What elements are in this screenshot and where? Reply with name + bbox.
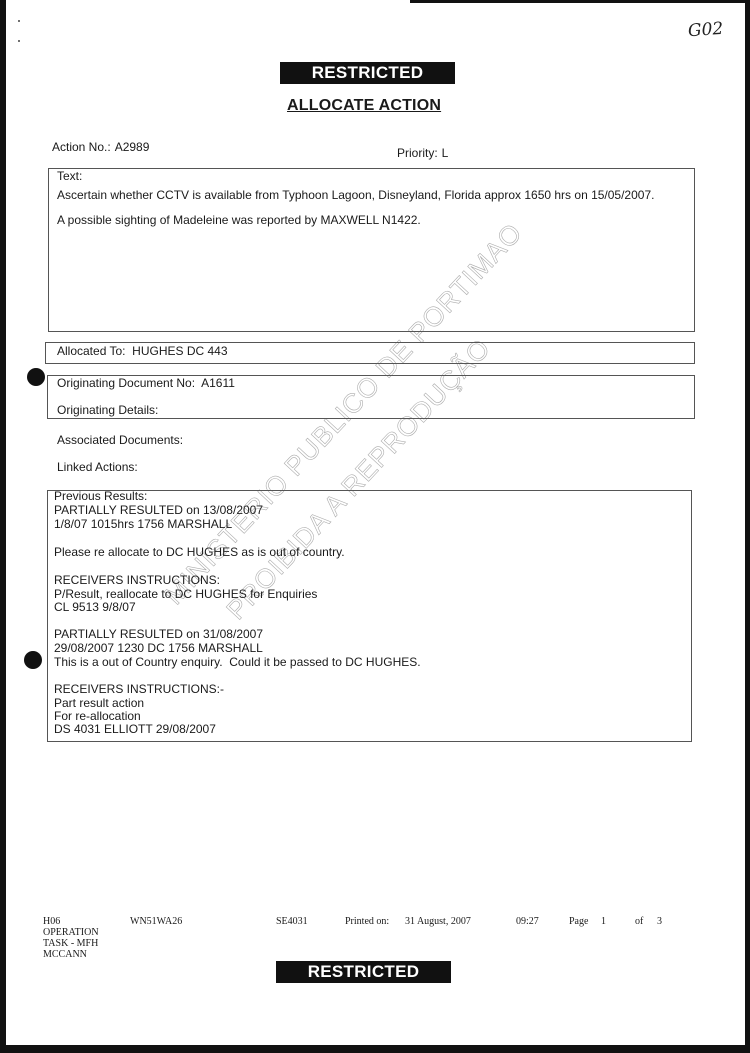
footer-printed-time: 09:27 xyxy=(516,916,539,927)
footer-printed-date: 31 August, 2007 xyxy=(405,916,471,927)
allocated-to-value: HUGHES DC 443 xyxy=(132,344,227,358)
scan-edge-top xyxy=(410,0,750,3)
originating-details-label: Originating Details: xyxy=(57,403,158,417)
handwritten-reference: G02 xyxy=(687,19,724,41)
footer-page-number: 1 xyxy=(601,916,606,927)
result-status: PARTIALLY RESULTED on 13/08/2007 xyxy=(54,503,263,517)
action-number-field: Action No.:A2989 xyxy=(52,140,149,154)
page-title: ALLOCATE ACTION xyxy=(287,97,441,115)
footer-operation-line: MCCANN xyxy=(43,949,87,960)
receivers-instruction-line: DS 4031 ELLIOTT 29/08/2007 xyxy=(54,722,216,736)
footer-operation-line: OPERATION xyxy=(43,927,99,938)
receivers-instruction-line: CL 9513 9/8/07 xyxy=(54,600,136,614)
footer-operation-line: TASK - MFH xyxy=(43,938,98,949)
result-note: Please re allocate to DC HUGHES as is ou… xyxy=(54,545,345,559)
originating-doc-label: Originating Document No: xyxy=(57,376,195,390)
footer-page-label: Page xyxy=(569,916,588,927)
action-text-line: A possible sighting of Madeleine was rep… xyxy=(57,213,421,227)
linked-actions-label: Linked Actions: xyxy=(57,460,138,474)
result-byline: 29/08/2007 1230 DC 1756 MARSHALL xyxy=(54,641,263,655)
receivers-instruction-line: Part result action xyxy=(54,696,144,710)
action-text-line: Ascertain whether CCTV is available from… xyxy=(57,188,654,202)
punch-hole-marker xyxy=(27,368,45,386)
footer-terminal: WN51WA26 xyxy=(130,916,182,927)
scan-speck xyxy=(18,40,20,42)
originating-doc-value: A1611 xyxy=(201,376,235,390)
result-byline: 1/8/07 1015hrs 1756 MARSHALL xyxy=(54,517,232,531)
footer-page-total: 3 xyxy=(657,916,662,927)
receivers-instruction-line: P/Result, reallocate to DC HUGHES for En… xyxy=(54,587,317,601)
scan-speck xyxy=(18,20,20,22)
scan-edge-right xyxy=(745,0,750,1053)
footer-printed-label: Printed on: xyxy=(345,916,389,927)
classification-banner-top: RESTRICTED xyxy=(280,62,455,84)
receivers-instructions-label: RECEIVERS INSTRUCTIONS: xyxy=(54,573,220,587)
action-number-value: A2989 xyxy=(115,140,150,154)
allocated-to-field: Allocated To: HUGHES DC 443 xyxy=(57,344,228,358)
action-text-label: Text: xyxy=(57,169,82,183)
punch-hole-marker xyxy=(24,651,42,669)
result-note: This is a out of Country enquiry. Could … xyxy=(54,655,421,669)
classification-banner-bottom: RESTRICTED xyxy=(276,961,451,983)
footer-code: H06 xyxy=(43,916,60,927)
associated-documents-label: Associated Documents: xyxy=(57,433,183,447)
scan-edge-left xyxy=(0,0,6,1053)
footer-of-label: of xyxy=(635,916,643,927)
receivers-instructions-label: RECEIVERS INSTRUCTIONS:- xyxy=(54,682,224,696)
allocated-to-label: Allocated To: xyxy=(57,344,126,358)
result-status: PARTIALLY RESULTED on 31/08/2007 xyxy=(54,627,263,641)
priority-field: Priority:L xyxy=(397,146,448,160)
action-number-label: Action No.: xyxy=(52,140,111,154)
priority-value: L xyxy=(442,146,449,160)
receivers-instruction-line: For re-allocation xyxy=(54,709,141,723)
footer-user: SE4031 xyxy=(276,916,308,927)
previous-results-label: Previous Results: xyxy=(54,489,147,503)
originating-doc-field: Originating Document No: A1611 xyxy=(57,376,235,390)
priority-label: Priority: xyxy=(397,146,438,160)
scan-edge-bottom xyxy=(0,1045,750,1053)
